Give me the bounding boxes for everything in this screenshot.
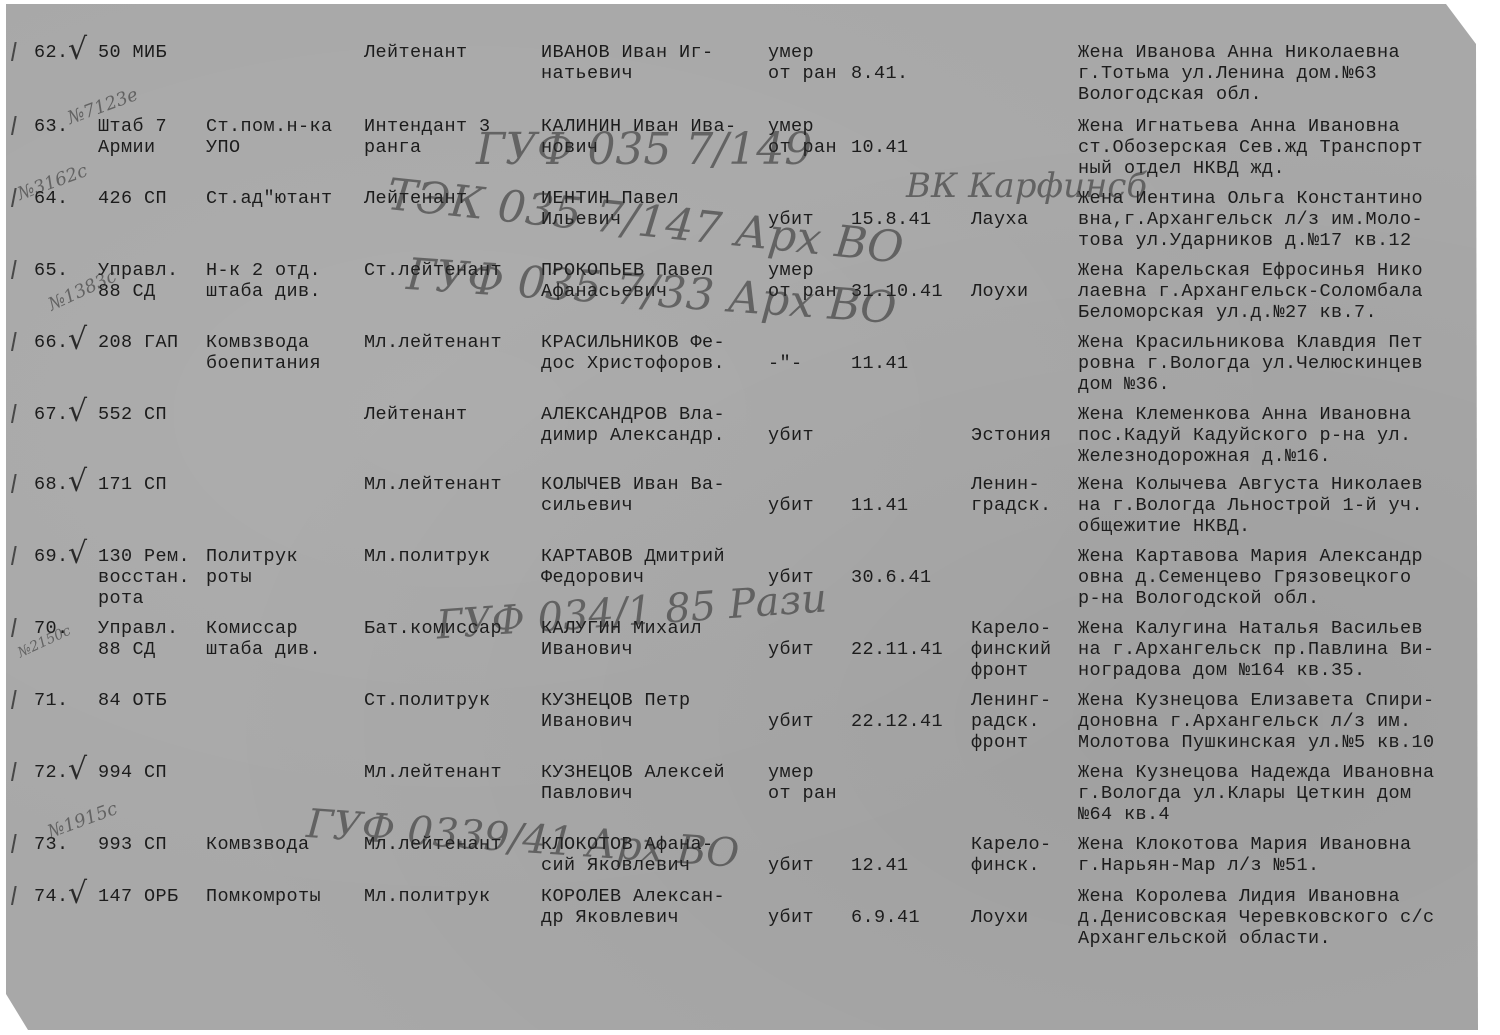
cell-kin: Жена Красильникова Клавдия Пет ровна г.В… (1078, 332, 1423, 395)
cell-place: Ленинг- радск. фронт (971, 690, 1052, 753)
cell-kin: Жена Карельская Ефросинья Нико лаевна г.… (1078, 260, 1423, 323)
cell-place: Карело- финский фронт (971, 618, 1052, 681)
cell-date: 6.9.41 (851, 886, 920, 928)
cell-num: 70. (34, 618, 69, 639)
cell-num: 62. (34, 42, 69, 63)
cell-place: Лоухи (971, 260, 1029, 302)
checkmark-icon: √ (68, 536, 87, 571)
cell-position: Помкомроты (206, 886, 321, 907)
cell-rank: Лейтенант (364, 404, 468, 425)
cell-unit: 84 ОТБ (98, 690, 167, 711)
cell-name: ИЕНТИН Павел Ильевич (541, 188, 679, 230)
cell-place: Лоухи (971, 886, 1029, 928)
margin-tick-mark: ǀ (10, 256, 18, 286)
cell-date: 22.12.41 (851, 690, 943, 732)
cell-rank: Мл.политрук (364, 546, 491, 567)
cell-date: 12.41 (851, 834, 909, 876)
cell-date: 15.8.41 (851, 188, 932, 230)
checkmark-icon: √ (68, 394, 87, 429)
cell-fate: умер от ран (768, 762, 837, 804)
checkmark-icon: √ (68, 32, 87, 67)
cell-unit: 426 СП (98, 188, 167, 209)
cell-place: Эстония (971, 404, 1052, 446)
margin-tick-mark: ǀ (10, 328, 18, 358)
cell-name: АЛЕКСАНДРОВ Вла- димир Александр. (541, 404, 725, 446)
cell-fate: убит (768, 188, 814, 230)
cell-fate: умер от ран (768, 260, 837, 302)
cell-num: 64. (34, 188, 69, 209)
cell-date: 30.6.41 (851, 546, 932, 588)
cell-rank: Ст.политрук (364, 690, 491, 711)
cell-name: КОРОЛЕВ Алексан- др Яковлевич (541, 886, 725, 928)
cell-place: Карело- финск. (971, 834, 1052, 876)
cell-name: КАЛИНИН Иван Ива- нович (541, 116, 737, 158)
cell-name: ИВАНОВ Иван Иг- натьевич (541, 42, 714, 84)
cell-unit: Управл. 88 СД (98, 260, 179, 302)
cell-kin: Жена Иванова Анна Николаевна г.Тотьма ул… (1078, 42, 1400, 105)
cell-num: 66. (34, 332, 69, 353)
cell-rank: Лейтенант (364, 42, 468, 63)
cell-unit: 147 ОРБ (98, 886, 179, 907)
cell-name: КУЗНЕЦОВ Петр Иванович (541, 690, 691, 732)
cell-place: Ленин- градск. (971, 474, 1052, 516)
cell-position: Н-к 2 отд. штаба див. (206, 260, 321, 302)
cell-position: Ст.пом.н-ка УПО (206, 116, 333, 158)
checkmark-icon: √ (68, 752, 87, 787)
cell-fate: умер от ран (768, 42, 837, 84)
cell-date: 31.10.41 (851, 260, 943, 302)
margin-tick-mark: ǀ (10, 112, 18, 142)
cell-kin: Жена Королева Лидия Ивановна д.Денисовск… (1078, 886, 1435, 949)
margin-tick-mark: ǀ (10, 830, 18, 860)
cell-unit: 994 СП (98, 762, 167, 783)
cell-name: КУЗНЕЦОВ Алексей Павлович (541, 762, 725, 804)
cell-rank: Интендант 3 ранга (364, 116, 491, 158)
margin-tick-mark: ǀ (10, 38, 18, 68)
cell-unit: 171 СП (98, 474, 167, 495)
cell-rank: Мл.лейтенант (364, 474, 502, 495)
cell-position: Комвзвода (206, 834, 310, 855)
cell-kin: Жена Колычева Августа Николаев на г.Воло… (1078, 474, 1423, 537)
cell-date: 11.41 (851, 332, 909, 374)
cell-kin: Жена Клокотова Мария Ивановна г.Нарьян-М… (1078, 834, 1412, 876)
cell-position: Комвзвода боепитания (206, 332, 321, 374)
cell-date: 10.41 (851, 116, 909, 158)
cell-kin: Жена Кузнецова Елизавета Спири- доновна … (1078, 690, 1435, 753)
cell-name: КАРТАВОВ Дмитрий Федорович (541, 546, 725, 588)
checkmark-icon: √ (68, 464, 87, 499)
margin-tick-mark: ǀ (10, 400, 18, 430)
cell-date: 8.41. (851, 42, 909, 84)
cell-fate: умер от ран (768, 116, 837, 158)
cell-unit: 50 МИБ (98, 42, 167, 63)
cell-kin: Жена Калугина Наталья Васильев на г.Арха… (1078, 618, 1435, 681)
cell-unit: Штаб 7 Армии (98, 116, 167, 158)
checkmark-icon: √ (68, 322, 87, 357)
cell-date: 22.11.41 (851, 618, 943, 660)
cell-fate: убит (768, 474, 814, 516)
margin-tick-mark: ǀ (10, 470, 18, 500)
cell-rank: Мл.политрук (364, 886, 491, 907)
cell-num: 73. (34, 834, 69, 855)
cell-name: КАЛУГИН Михаил Иванович (541, 618, 702, 660)
cell-position: Политрук роты (206, 546, 298, 588)
cell-fate: убит (768, 690, 814, 732)
cell-num: 71. (34, 690, 69, 711)
margin-tick-mark: ǀ (10, 184, 18, 214)
cell-rank: Ст.лейтенант (364, 260, 502, 281)
cell-fate: убит (768, 834, 814, 876)
cell-place: Лауха (971, 188, 1029, 230)
cell-fate: убит (768, 404, 814, 446)
cell-kin: Жена Клеменкова Анна Ивановна пос.Кадуй … (1078, 404, 1412, 467)
cell-num: 72. (34, 762, 69, 783)
cell-name: КЛОКОТОВ Афана- сий Яковлевич (541, 834, 714, 876)
cell-unit: 993 СП (98, 834, 167, 855)
cell-fate: убит (768, 546, 814, 588)
cell-fate: -"- (768, 332, 803, 374)
margin-tick-mark: ǀ (10, 542, 18, 572)
checkmark-icon: √ (68, 876, 87, 911)
cell-num: 67. (34, 404, 69, 425)
cell-kin: Жена Картавова Мария Александр овна д.Се… (1078, 546, 1423, 609)
cell-rank: Мл.лейтенант (364, 332, 502, 353)
cell-name: КРАСИЛЬНИКОВ Фе- дос Христофоров. (541, 332, 725, 374)
cell-num: 65. (34, 260, 69, 281)
cell-fate: убит (768, 618, 814, 660)
cell-unit: 552 СП (98, 404, 167, 425)
cell-name: КОЛЫЧЕВ Иван Ва- сильевич (541, 474, 725, 516)
cell-kin: Жена Иентина Ольга Константино вна,г.Арх… (1078, 188, 1423, 251)
cell-unit: 208 ГАП (98, 332, 179, 353)
cell-num: 68. (34, 474, 69, 495)
margin-tick-mark: ǀ (10, 614, 18, 644)
cell-kin: Жена Кузнецова Надежда Ивановна г.Вологд… (1078, 762, 1435, 825)
margin-tick-mark: ǀ (10, 758, 18, 788)
cell-rank: Мл.лейтенант (364, 834, 502, 855)
cell-fate: убит (768, 886, 814, 928)
cell-unit: Управл. 88 СД (98, 618, 179, 660)
cell-num: 74. (34, 886, 69, 907)
cell-rank: Лейтенант (364, 188, 468, 209)
cell-position: Ст.ад"ютант (206, 188, 333, 209)
margin-tick-mark: ǀ (10, 882, 18, 912)
cell-name: ПРОКОПЬЕВ Павел Афанасьевич (541, 260, 714, 302)
cell-kin: Жена Игнатьева Анна Ивановна ст.Обозерск… (1078, 116, 1423, 179)
cell-position: Комиссар штаба див. (206, 618, 321, 660)
cell-rank: Мл.лейтенант (364, 762, 502, 783)
cell-date: 11.41 (851, 474, 909, 516)
margin-tick-mark: ǀ (10, 686, 18, 716)
cell-num: 63. (34, 116, 69, 137)
cell-num: 69. (34, 546, 69, 567)
document-page: 62.50 МИБЛейтенантИВАНОВ Иван Иг- натьев… (6, 4, 1496, 1030)
cell-rank: Бат.комиссар (364, 618, 502, 639)
cell-unit: 130 Рем. восстан. рота (98, 546, 190, 609)
